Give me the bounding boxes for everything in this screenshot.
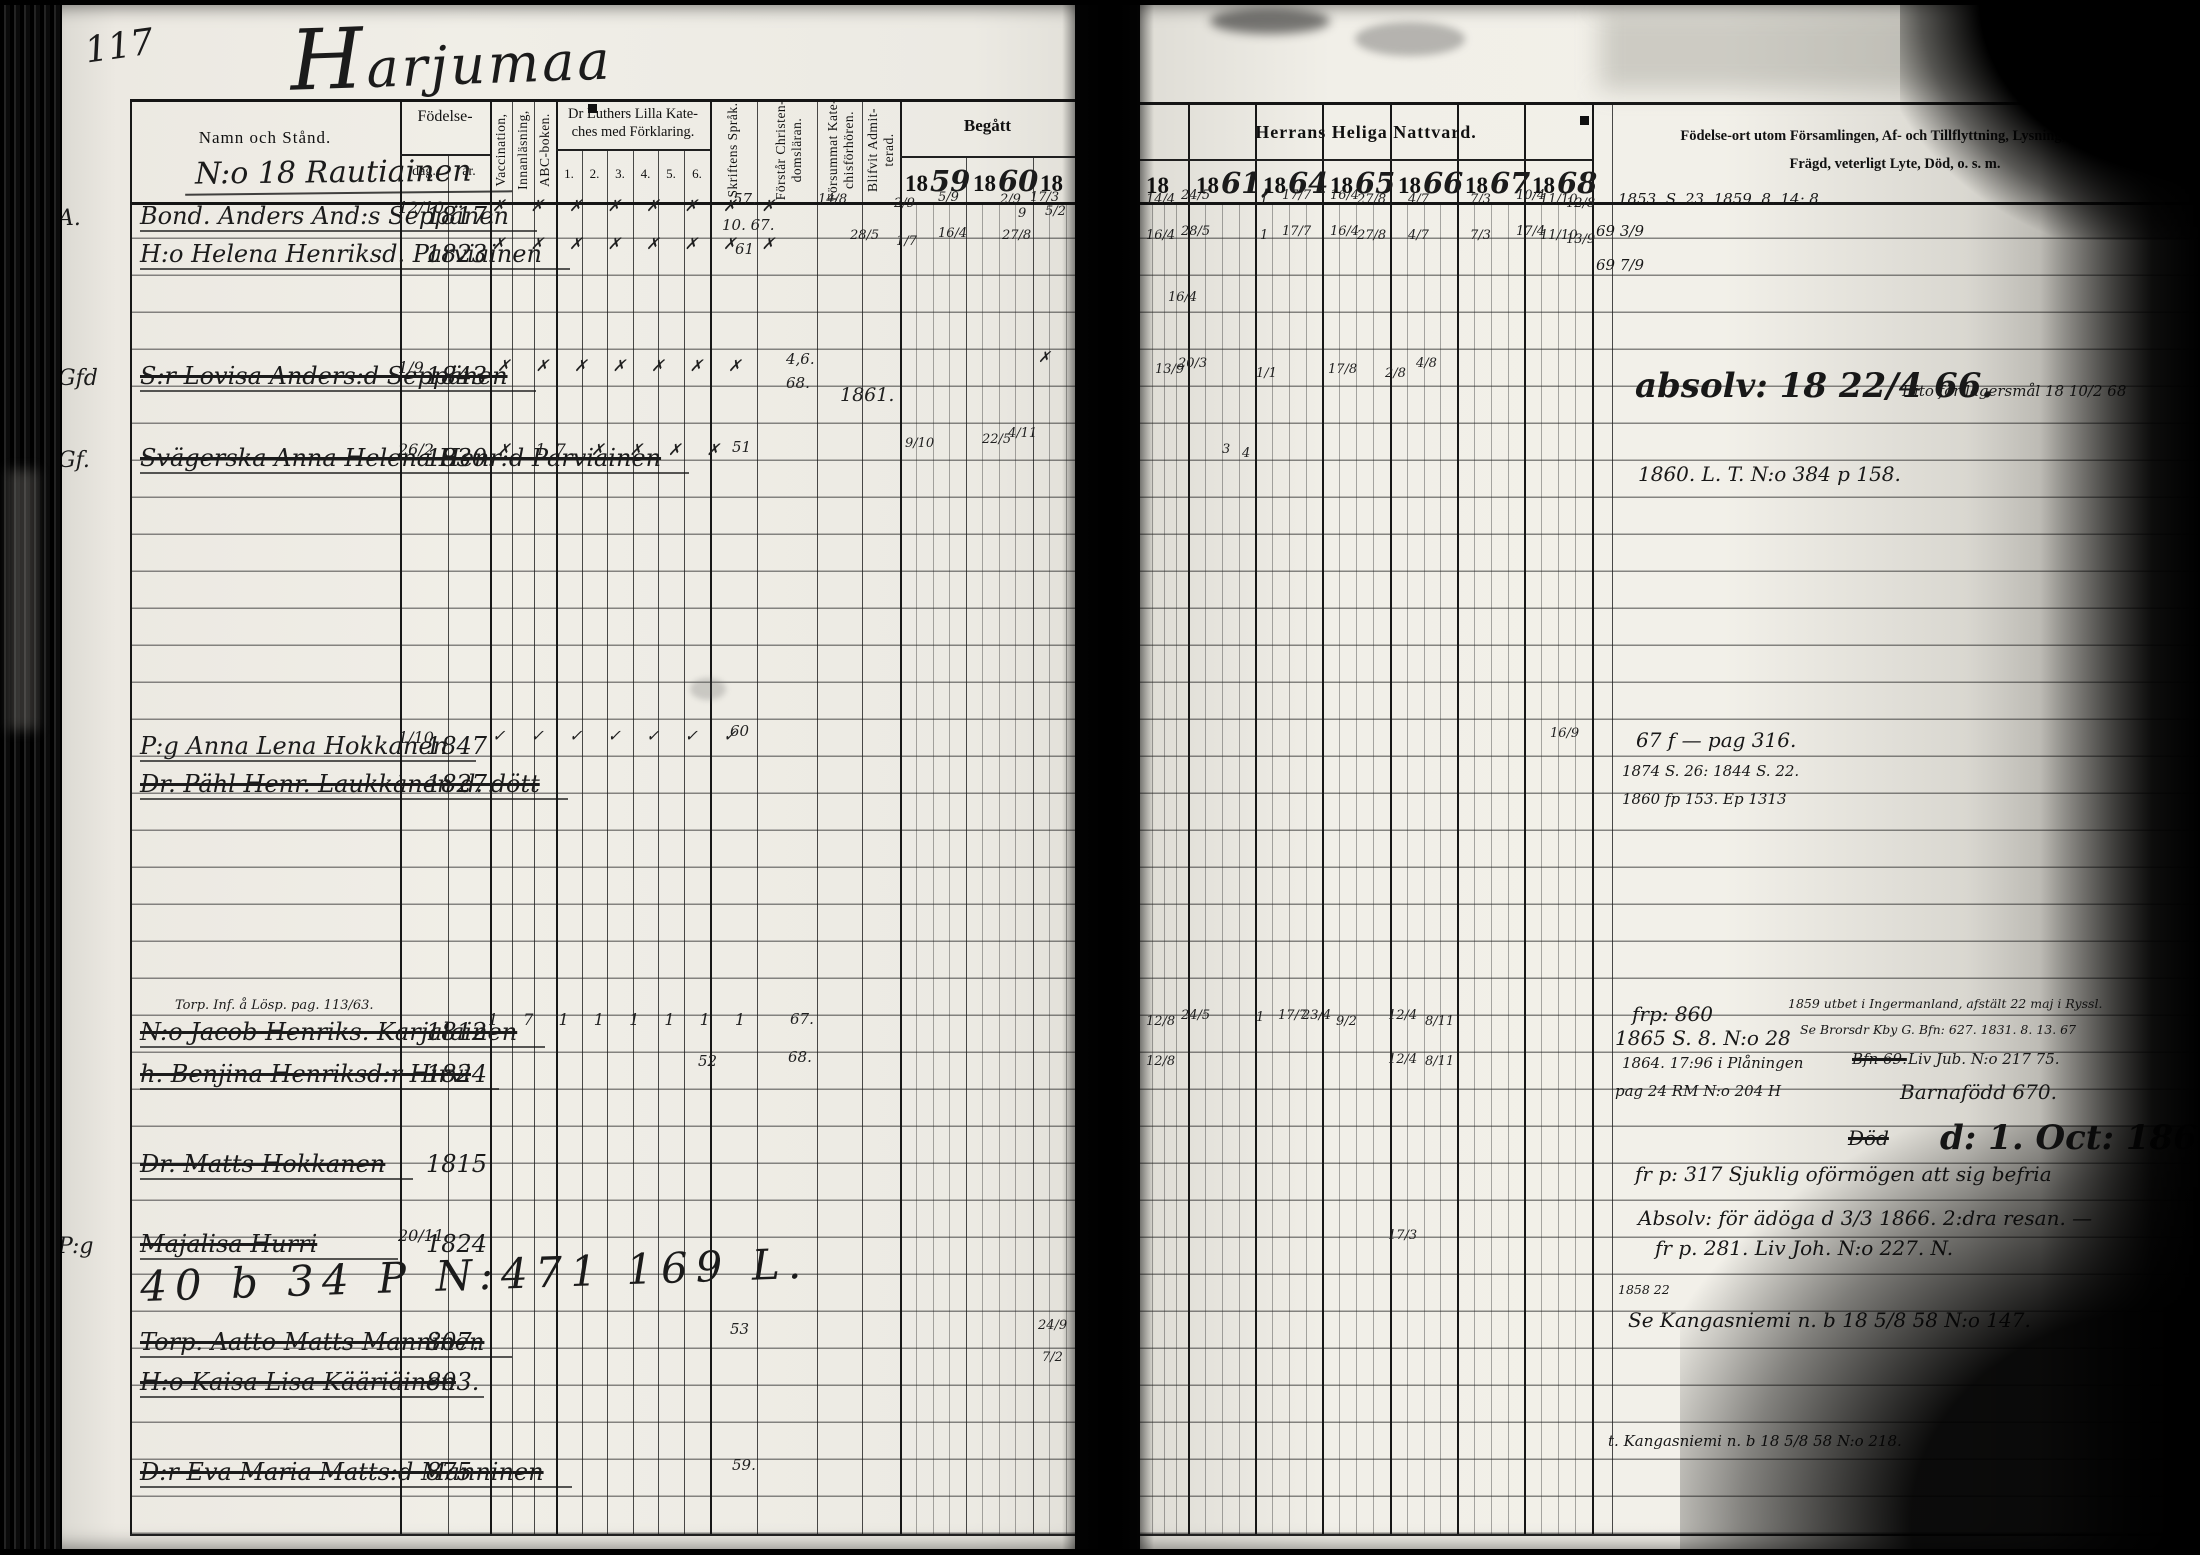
rule [1255,102,1257,1534]
entry-birth-year: 1815 [426,1150,487,1178]
rule [556,99,558,1534]
rule [817,99,818,1534]
handwritten-note: 1853. S. 23. 1859. 8. 14: 8. [1618,190,1824,208]
header-catechism-line1: Dr Luthers Lilla Kate- [558,106,708,123]
handwritten-note: Liv Jub. N:o 217 75. [1908,1050,2060,1068]
handwritten-mark: 4,6. [786,350,815,368]
rule [1390,102,1392,1534]
scan-border-top [0,0,2200,5]
rule [1524,102,1526,1534]
handwritten-mark: 14/8 [818,192,847,207]
handwritten-mark: 24/5 [1181,188,1210,203]
header-cat-2: 2. [582,166,607,182]
handwritten-mark: 22/5 [982,432,1011,447]
handwritten-mark: 60 [730,722,749,740]
handwritten-mark: 20/3 [1178,356,1207,371]
handwritten-mark: 17/3 [1030,190,1059,205]
rule [757,99,758,1534]
header-understands-line1: Förstår Christen- [773,100,789,200]
entry-birth-year: 875 [426,1458,472,1486]
rule [448,154,449,1534]
rule [1457,102,1459,1534]
handwritten-mark: 8/11 [1425,1054,1454,1069]
header-begatt: Begått [900,116,1075,136]
scanned-parish-register: Namn och Stånd. Födelse- dag. år. Vaccin… [0,0,2200,1555]
rule [710,99,712,1534]
handwritten-mark: 17/7 [1282,188,1311,203]
handwritten-mark: 9 [1018,206,1026,221]
handwritten-note: Bfn 69. [1852,1050,1907,1068]
handwritten-mark: 4/7 [1408,192,1429,207]
rule [556,149,710,151]
handwritten-mark: ✗ [1038,348,1051,366]
header-catechism-line2: ches med Förklaring. [558,124,708,141]
handwritten-mark: 28/5 [1181,224,1210,239]
handwritten-mark: 52 [698,1052,717,1070]
handwritten-note: 1865 S. 8. N:o 28 [1615,1026,1791,1050]
handwritten-mark: 5/9 [938,190,959,205]
handwritten-mark: 7/2 [1042,1350,1063,1365]
entry-birth-year: 1827. [426,770,495,798]
entry-birth-year: 803. [426,1368,479,1396]
handwritten-note: frp: 860 [1632,1002,1713,1026]
handwritten-mark: 53 [730,1320,749,1338]
header-understands-line2: domsläran. [789,118,805,183]
entry-note: Torp. Inf. å Lösp. pag. 113/63. [175,998,374,1013]
header-abc: ABC-boken. [537,113,553,187]
handwritten-mark: 23/4 [1302,1008,1331,1023]
handwritten-mark: 4/11 [1008,426,1037,441]
book-gutter-shadow [1062,0,1154,1555]
handwritten-mark: 61 [735,240,754,258]
handwritten-mark: 51 [732,438,751,456]
rule [900,156,1075,158]
entry-birth-day: · [398,766,403,785]
rule [534,99,535,1534]
rule [130,99,132,1534]
handwritten-mark: 4/8 [1416,356,1437,371]
rule [130,1534,1075,1536]
handwritten-mark: 68. [788,1048,812,1066]
handwritten-mark: 16/4 [1168,290,1197,305]
handwritten-mark: 9/2 [1336,1014,1357,1029]
handwritten-mark: 16/9 [1550,726,1579,741]
header-name-col: Namn och Stånd. [150,128,380,148]
year-written: 66 [1423,166,1463,200]
handwritten-mark: 12/4 [1388,1052,1417,1067]
header-cat-5: 5. [658,166,684,182]
handwritten-note: 1860. L. T. N:o 384 p 158. [1638,462,1901,486]
entry-birth-year: 1843 [426,362,487,390]
header-birth: Födelse- [400,108,490,126]
handwritten-mark: 17/8 [1328,362,1357,377]
rule [400,99,402,1534]
entry-name: Dr. Pähl Henr. Laukkanen d. dött [140,770,568,800]
header-cat-4: 4. [633,166,658,182]
pencil-smudge [1355,22,1465,56]
handwritten-mark: 1 7 1 1 1 1 1 1 [488,1010,755,1029]
handwritten-mark: 2/9 [1000,192,1021,207]
handwritten-mark: 12/8 [1566,196,1595,211]
rule [130,99,1075,102]
handwritten-mark: 1/7 [896,234,917,249]
handwritten-mark: 57. [733,190,757,208]
header-communion: Herrans Heliga Nattvard. [1140,122,1592,143]
handwritten-mark: 1 [1256,1010,1264,1025]
header-admitted-line1: Blifvit Admit- [865,108,881,192]
top-right-corner-shadow [1900,0,2200,240]
handwritten-mark: 17/3 [1388,1228,1417,1243]
handwritten-mark: 13/9 [1566,232,1595,247]
handwritten-mark: 67. [790,1010,814,1028]
handwritten-mark: ✓ ✓ ✓ ✓ ✓ ✓ ✓ [492,726,746,745]
entry-name: D:r Eva Maria Matts:d Manninen [140,1458,572,1488]
rule [1592,102,1594,1534]
entry-birth-year: 807. [426,1328,479,1356]
handwritten-mark: 28/5 [850,228,879,243]
handwritten-mark: 16/4 [938,226,967,241]
handwritten-mark: 7/3 [1470,228,1491,243]
year-printed: 18 [905,171,928,196]
header-reading: Innanläsning, [515,110,531,190]
handwritten-mark: 27/8 [1357,228,1386,243]
handwritten-note: Barnafödd 670. [1900,1080,2057,1104]
rule [1612,102,1613,1534]
year-printed: 18 [973,171,996,196]
header-admitted-line2: terad. [881,133,897,166]
handwritten-mark: 10. 67. [722,216,774,234]
handwritten-mark: 2/8 [1385,366,1406,381]
handwritten-mark: 7/3 [1470,192,1491,207]
ink-smudge [1210,8,1330,34]
handwritten-mark: ✗ 17 ✗ ✗ ✗ ✗ [497,440,730,459]
header-missed-line1: Försummat Kate- [825,99,841,201]
book-spine-edge [0,0,62,1555]
entry-birth-year: 1824 [426,1060,487,1088]
rule [490,99,492,1534]
household-heading: N:o 18 Rautiainen [185,153,512,195]
entry-birth-year: 1830. [426,444,495,472]
handwritten-note: 1858 22 [1618,1282,1670,1297]
handwritten-mark: 1/1 [1256,366,1277,381]
scan-border-bottom [0,1549,2200,1555]
handwritten-mark: 16/4 [1330,188,1359,203]
entry-birth-year: 1817. [426,202,495,230]
handwritten-mark: 59. [732,1456,756,1474]
entry-birth-year: 1812 [426,1018,487,1046]
handwritten-mark: 9/10 [905,436,934,451]
handwritten-mark: 2/9 [894,196,915,211]
entry-birth-year: 1847 [426,732,487,760]
handwritten-mark: 12/4 [1388,1008,1417,1023]
rule [1188,102,1190,1534]
handwritten-note: 1864. 17:96 i Plåningen [1622,1054,1803,1072]
handwritten-mark: ✗ ✗ ✗ ✗ ✗ ✗ ✗ [497,356,751,375]
entry-birth-day: 1/9 [398,358,424,377]
header-scripture: Skriftens Språk. [725,103,741,198]
handwritten-note: 1874 S. 26: 1844 S. 22. [1622,762,1799,780]
handwritten-note: Se Brorsdr Kby G. Bfn: 627. 1831. 8. 13.… [1800,1022,2076,1037]
handwritten-mark: 4/7 [1408,228,1429,243]
handwritten-mark: 27/8 [1002,228,1031,243]
header-cat-1: 1. [556,166,582,182]
rule [1322,102,1324,1534]
handwritten-mark: 24/5 [1181,1008,1210,1023]
rule [862,99,863,1534]
rule [900,99,902,1534]
handwritten-mark: 1 [1260,228,1268,243]
handwritten-note: 67 f — pag 316. [1636,728,1796,752]
entry-birth-year: 1823. [426,240,495,268]
handwritten-note: pag 24 RM N:o 204 H [1615,1082,1781,1100]
handwritten-mark: 16/4 [1330,224,1359,239]
handwritten-mark: 17/7 [1282,224,1311,239]
bottom-right-shadow [1680,1125,2200,1555]
handwritten-mark: 4 [1242,446,1250,461]
handwritten-note: 1860 fp 153. Ep 1313 [1622,790,1787,808]
handwritten-mark: 27/8 [1357,192,1386,207]
rule [1140,159,1592,161]
handwritten-mark: 3 [1222,442,1230,457]
entry-margin-letter: Gf. [58,448,90,473]
entry-margin-letter: P:g [58,1234,94,1259]
header-missed-line2: chisförhören. [841,111,857,189]
header-cat-3: 3. [607,166,633,182]
handwritten-note: 69 7/9 [1596,256,1644,274]
handwritten-mark: 1861. [840,384,894,406]
entry-name: Dr. Matts Hokkanen [140,1150,413,1180]
handwritten-mark: 8/11 [1425,1014,1454,1029]
handwritten-mark: 1 [1260,192,1268,207]
entry-margin-letter: Gfd [58,366,98,391]
handwritten-mark: 68. [786,374,810,392]
rule [512,99,513,1534]
handwritten-note: 69 3/9 [1596,222,1644,240]
paper-stain [690,678,726,700]
header-cat-6: 6. [684,166,710,182]
